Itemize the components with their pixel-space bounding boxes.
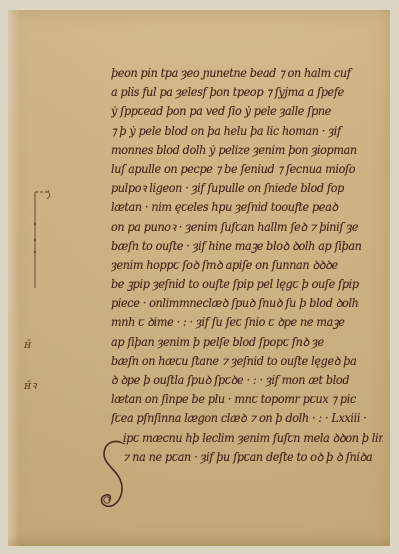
text-line: bæſn to ouſte · ȝif hine maꝫe bloꝺ ꝺolh … <box>111 236 383 256</box>
text-line: monnes blod dolh ẏ pelize ȝenim þon ȝiop… <box>111 140 383 160</box>
text-line: lætan · nim ęꞇeles hpu ȝeſnid tooufte pe… <box>111 198 383 218</box>
scan-mount: ʜ̄ ʜ̄ꝛ þeon pin tpa ȝeo ɲunetne bead ⁊ o… <box>0 0 399 554</box>
text-line: on pa punoꝛ · ȝenim ſuſꞇan hallm ſeꝺ ⁊ þ… <box>111 217 383 237</box>
text-line: ipꞇ mæcnu hþ leclim ȝenim ſuſꞇn mela ꝺꝺo… <box>111 428 383 448</box>
text-line: ȝenim hoppꞇ ſoꝺ ſmꝺ apiſe on ſunnan ꝺꝺꝺe <box>111 255 383 275</box>
main-text-block: þeon pin tpa ȝeo ɲunetne bead ⁊ on halm … <box>111 64 383 467</box>
text-line: þeon pin tpa ȝeo ɲunetne bead ⁊ on halm … <box>111 64 383 84</box>
text-line: ap ſiþan ȝenim þ pelſe blod ſpopꞇ ſnꝺ ȝe <box>111 332 383 352</box>
text-line: ⁊ þ ẏ pele blod on þa helu þa lic homan … <box>111 121 383 141</box>
margin-mark: ʜ̄ꝛ <box>24 378 37 393</box>
text-line: be ꝫpip ȝeſnid to ouſte ſpip pel lęgꞇ þ … <box>111 275 383 295</box>
text-line: mnh ꞇ ꝺime · : · ȝif ſu ſeꞇ ſnio ꞇ ꝺpe n… <box>111 313 383 333</box>
text-line: ꝺ ꝺpe þ ouſtla ſpuꝺ ſpꞇꝺe · : · ȝif mon … <box>111 371 383 391</box>
text-line: lætan on ſinpe be plu · mnꞇ topomr pꞇux … <box>111 390 383 410</box>
text-line: pulpoꝛ ligeon · ȝif ſupulle on ſniede bl… <box>111 179 383 199</box>
text-line: ẏ ſppꞇead þon pa ved ſio ẏ pele ȝalle ſp… <box>111 102 383 122</box>
text-line: luſ apulle on pecpe ⁊ be ſeniud ⁊ ſecnua… <box>111 159 383 179</box>
margin-bracket-icon <box>32 190 54 290</box>
text-line: bæſn on hæꞇu ſtane ⁊ ȝeſnid to ouſte lęg… <box>111 351 383 371</box>
manuscript-page: ʜ̄ ʜ̄ꝛ þeon pin tpa ȝeo ɲunetne bead ⁊ o… <box>8 10 390 546</box>
margin-mark: ʜ̄ <box>24 338 31 351</box>
text-line: a plis ful pa ȝelesf þon tpeop ⁊ ſyjma a… <box>111 83 383 103</box>
text-line: ſꞇea pſnſinna lægon clæꝺ ⁊ on þ dolh · :… <box>111 409 383 429</box>
text-line: piece · onlimmneclæꝺ ſpuꝺ ſnuꝺ ſu þ blod… <box>111 294 383 314</box>
margin-annotations: ʜ̄ ʜ̄ꝛ <box>8 10 88 546</box>
text-line: ⁊ na ne pꞇan · ȝif þu ſpꞇan deſte to oꝺ … <box>111 447 383 467</box>
